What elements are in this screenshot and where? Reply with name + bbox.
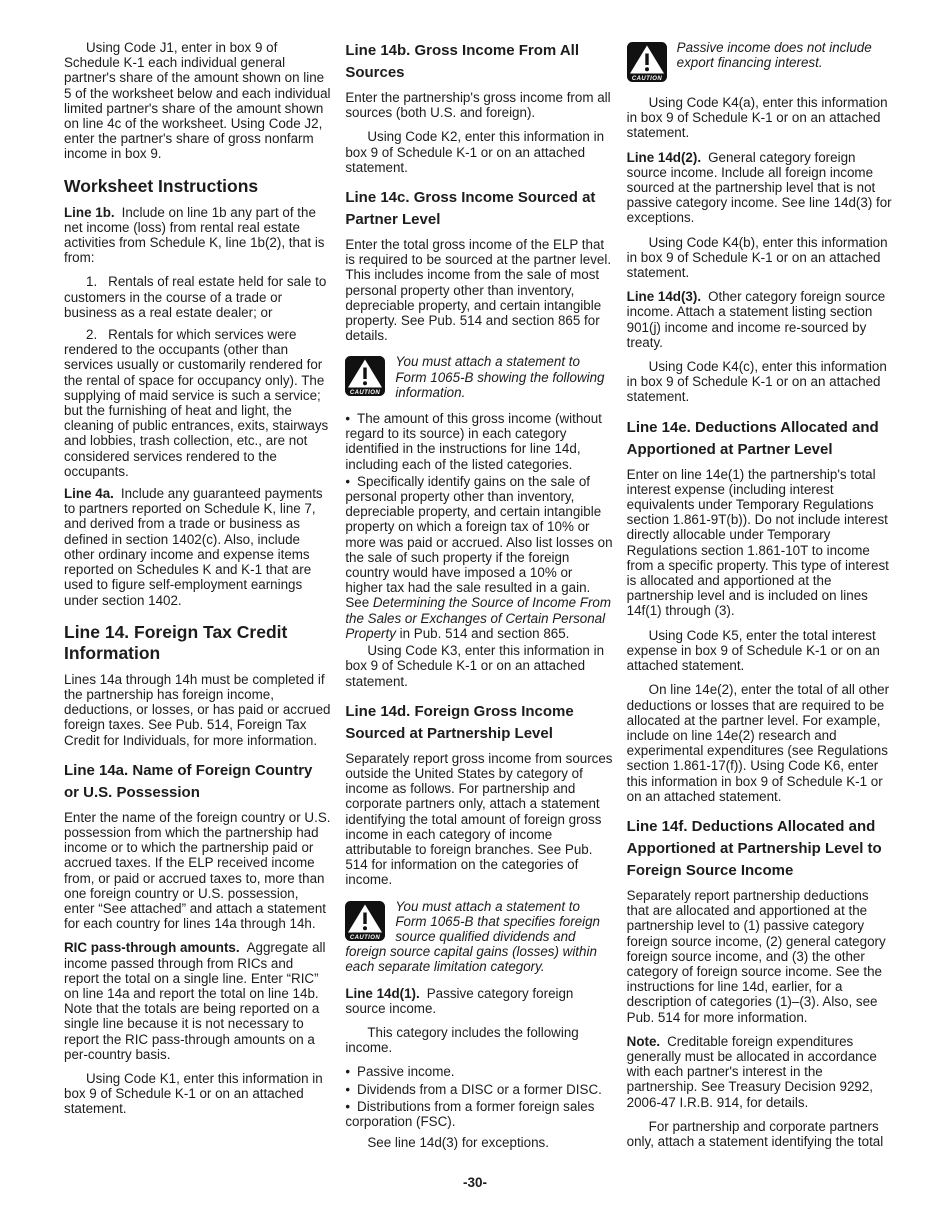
- bold-lead: Note.: [627, 1034, 660, 1049]
- text-run: Using Code K3, enter this information in…: [345, 643, 604, 688]
- paragraph: See line 14d(3) for exceptions.: [345, 1135, 612, 1150]
- text-run: Separately report gross income from sour…: [345, 751, 612, 888]
- paragraph: Line 14d(3).Other category foreign sourc…: [627, 289, 894, 350]
- paragraph: Enter the partnership's gross income fro…: [345, 90, 612, 120]
- text-run: Aggregate all income passed through from…: [64, 940, 326, 1061]
- subsection-heading: Line 14d. Foreign Gross Income Sourced a…: [345, 701, 612, 745]
- bullet-item: •Dividends from a DISC or a former DISC.: [345, 1082, 612, 1097]
- paragraph: Line 1b.Include on line 1b any part of t…: [64, 205, 331, 266]
- bullet-item: •Distributions from a former foreign sal…: [345, 1099, 612, 1129]
- svg-text:CAUTION: CAUTION: [350, 935, 380, 941]
- bullet-item: •Specifically identify gains on the sale…: [345, 474, 612, 641]
- text-run: Using Code K4(b), enter this information…: [627, 235, 888, 280]
- column-3: CAUTION Passive income does not include …: [627, 40, 894, 1159]
- bullet-icon: •: [345, 1099, 350, 1114]
- text-run: Passive income.: [357, 1064, 455, 1079]
- text-run: Include any guaranteed payments to partn…: [64, 486, 323, 607]
- text-run: Using Code K2, enter this information in…: [345, 129, 604, 174]
- caution-text: You must attach a statement to Form 1065…: [395, 354, 604, 399]
- paragraph: Using Code K1, enter this information in…: [64, 1071, 331, 1117]
- bullet-icon: •: [345, 474, 350, 489]
- text-run: Rentals for which services were rendered…: [64, 327, 328, 479]
- text-run: The amount of this gross income (without…: [345, 411, 602, 472]
- bullet-item: •The amount of this gross income (withou…: [345, 411, 612, 472]
- content-columns: Using Code J1, enter in box 9 of Schedul…: [64, 40, 894, 1159]
- numbered-item: 1.Rentals of real estate held for sale t…: [64, 274, 331, 320]
- subsection-heading: Line 14a. Name of Foreign Country or U.S…: [64, 760, 331, 804]
- subsection-heading: Line 14f. Deductions Allocated and Appor…: [627, 816, 894, 882]
- document-page: Using Code J1, enter in box 9 of Schedul…: [0, 0, 950, 1230]
- column-1: Using Code J1, enter in box 9 of Schedul…: [64, 40, 331, 1159]
- text-run: Using Code K4(a), enter this information…: [627, 95, 888, 140]
- caution-icon: CAUTION: [345, 356, 385, 396]
- text-run: Creditable foreign expenditures generall…: [627, 1034, 877, 1110]
- paragraph: Using Code K2, enter this information in…: [345, 129, 612, 175]
- text-run: Distributions from a former foreign sale…: [345, 1099, 594, 1129]
- page-number: -30-: [0, 1175, 950, 1190]
- text-run: in Pub. 514 and section 865.: [396, 626, 569, 641]
- paragraph: Line 14d(2).General category foreign sou…: [627, 150, 894, 226]
- caution-note: CAUTION Passive income does not include …: [627, 40, 894, 84]
- paragraph: Using Code K4(b), enter this information…: [627, 235, 894, 281]
- text-run: Enter on line 14e(1) the partnership's t…: [627, 467, 889, 619]
- bold-lead: RIC pass-through amounts.: [64, 940, 240, 955]
- column-2: Line 14b. Gross Income From All SourcesE…: [345, 40, 612, 1159]
- caution-note: CAUTION You must attach a statement to F…: [345, 899, 612, 975]
- text-run: See line 14d(3) for exceptions.: [367, 1135, 549, 1150]
- paragraph: On line 14e(2), enter the total of all o…: [627, 682, 894, 804]
- caution-icon: CAUTION: [627, 42, 667, 82]
- paragraph: Using Code K3, enter this information in…: [345, 643, 612, 689]
- paragraph: For partnership and corporate partners o…: [627, 1119, 894, 1149]
- caution-note: CAUTION You must attach a statement to F…: [345, 354, 612, 400]
- paragraph: RIC pass-through amounts.Aggregate all i…: [64, 940, 331, 1062]
- text-run: Rentals of real estate held for sale to …: [64, 274, 326, 319]
- text-run: Using Code K4(c), enter this information…: [627, 359, 887, 404]
- paragraph: Separately report gross income from sour…: [345, 751, 612, 888]
- text-run: Using Code K5, enter the total interest …: [627, 628, 880, 673]
- text-run: Dividends from a DISC or a former DISC.: [357, 1082, 602, 1097]
- text-run: Using Code K1, enter this information in…: [64, 1071, 323, 1116]
- text-run: Enter the name of the foreign country or…: [64, 810, 330, 931]
- subsection-heading: Line 14b. Gross Income From All Sources: [345, 40, 612, 84]
- paragraph: Using Code K4(c), enter this information…: [627, 359, 894, 405]
- item-number: 2.: [86, 327, 97, 342]
- caution-icon: CAUTION: [345, 901, 385, 941]
- paragraph: Enter the total gross income of the ELP …: [345, 237, 612, 343]
- text-run: For partnership and corporate partners o…: [627, 1119, 884, 1149]
- paragraph: Separately report partnership deductions…: [627, 888, 894, 1025]
- paragraph: This category includes the following inc…: [345, 1025, 612, 1055]
- text-run: Using Code J1, enter in box 9 of Schedul…: [64, 40, 331, 161]
- section-heading: Line 14. Foreign Tax Credit Information: [64, 622, 331, 664]
- subsection-heading: Line 14c. Gross Income Sourced at Partne…: [345, 187, 612, 231]
- bold-lead: Line 14d(1).: [345, 986, 419, 1001]
- caution-text: Passive income does not include export f…: [677, 40, 872, 70]
- text-run: Specifically identify gains on the sale …: [345, 474, 612, 611]
- paragraph: Lines 14a through 14h must be completed …: [64, 672, 331, 748]
- paragraph: Enter on line 14e(1) the partnership's t…: [627, 467, 894, 619]
- paragraph: Enter the name of the foreign country or…: [64, 810, 331, 932]
- text-run: Enter the partnership's gross income fro…: [345, 90, 610, 120]
- section-heading: Worksheet Instructions: [64, 176, 331, 197]
- item-number: 1.: [86, 274, 97, 289]
- subsection-heading: Line 14e. Deductions Allocated and Appor…: [627, 417, 894, 461]
- bold-lead: Line 14d(2).: [627, 150, 701, 165]
- text-run: On line 14e(2), enter the total of all o…: [627, 682, 889, 803]
- paragraph: Line 4a.Include any guaranteed payments …: [64, 486, 331, 608]
- svg-text:CAUTION: CAUTION: [632, 76, 662, 82]
- text-run: Separately report partnership deductions…: [627, 888, 886, 1025]
- bullet-icon: •: [345, 1064, 350, 1079]
- bullet-icon: •: [345, 411, 350, 426]
- paragraph: Using Code K4(a), enter this information…: [627, 95, 894, 141]
- text-run: This category includes the following inc…: [345, 1025, 578, 1055]
- numbered-item: 2.Rentals for which services were render…: [64, 327, 331, 479]
- paragraph: Using Code K5, enter the total interest …: [627, 628, 894, 674]
- bold-lead: Line 1b.: [64, 205, 115, 220]
- bullet-icon: •: [345, 1082, 350, 1097]
- bullet-item: •Passive income.: [345, 1064, 612, 1079]
- paragraph: Line 14d(1).Passive category foreign sou…: [345, 986, 612, 1016]
- paragraph: Note.Creditable foreign expenditures gen…: [627, 1034, 894, 1110]
- svg-text:CAUTION: CAUTION: [350, 390, 380, 396]
- bold-lead: Line 14d(3).: [627, 289, 701, 304]
- text-run: Lines 14a through 14h must be completed …: [64, 672, 330, 748]
- bold-lead: Line 4a.: [64, 486, 114, 501]
- paragraph: Using Code J1, enter in box 9 of Schedul…: [64, 40, 331, 162]
- text-run: Enter the total gross income of the ELP …: [345, 237, 611, 343]
